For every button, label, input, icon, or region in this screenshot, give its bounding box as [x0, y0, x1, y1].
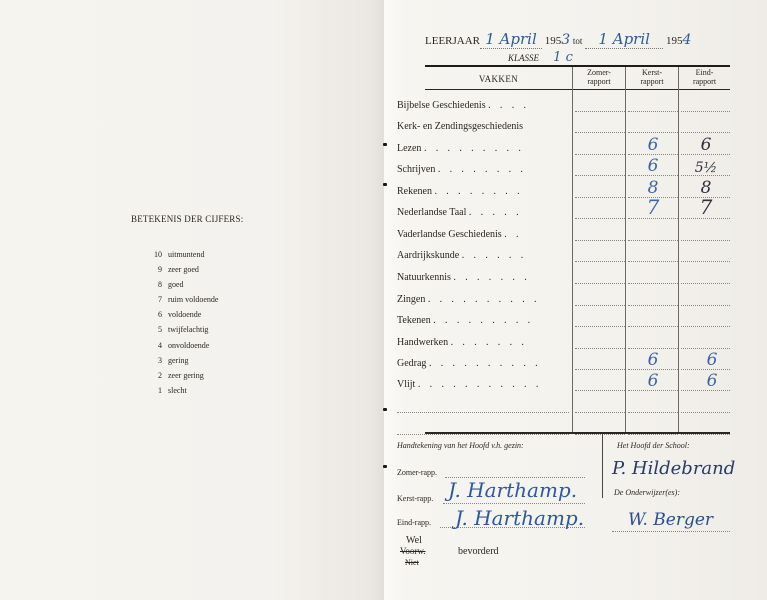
legend-item: 7ruim voldoende	[146, 295, 218, 310]
legend-item: 4onvoldoende	[146, 341, 218, 356]
table-row-blank	[397, 416, 730, 437]
legend-item: 1slecht	[146, 386, 218, 401]
school-year-line: LEERJAAR1 April 1953 tot 1 April 1954	[425, 30, 691, 49]
legend-item: 2zeer gering	[146, 371, 218, 386]
leerjaar-label: LEERJAAR	[425, 35, 480, 47]
grade-eind: 6	[687, 350, 737, 370]
table-header-rule	[425, 89, 730, 90]
column-header-kerst: Kerst-rapport	[626, 68, 678, 86]
table-row-blank	[397, 394, 730, 415]
end-date: 1 April	[585, 30, 663, 49]
grade-kerst: 6	[628, 371, 678, 391]
column-header-zomer: Zomer-rapport	[573, 68, 625, 86]
teacher-signature: W. Berger	[628, 510, 713, 530]
kerst-signature: J. Harthamp.	[448, 478, 577, 502]
legend-item: 5twijfelachtig	[146, 325, 218, 340]
column-header-vakken: VAKKEN	[425, 74, 572, 84]
table-top-rule	[425, 65, 730, 67]
head-signature: P. Hildebrand	[612, 458, 735, 479]
left-page: BETEKENIS DER CIJFERS: 10uitmuntend 9zee…	[0, 0, 384, 600]
table-row: Tekenen . . . . . . . . .	[397, 308, 730, 329]
legend-item: 8goed	[146, 280, 218, 295]
start-date: 1 April	[480, 30, 542, 49]
table-row: Zingen . . . . . . . . . .	[397, 287, 730, 308]
staple	[383, 408, 387, 411]
table-row: Schrijven . . . . . . . . 6 5½	[397, 157, 730, 178]
kerst-signature-line	[443, 503, 585, 504]
grade-kerst: 6	[628, 350, 678, 370]
start-year-digit: 3	[561, 32, 570, 48]
table-row: Aardrijkskunde . . . . . .	[397, 243, 730, 264]
table-row: Handwerken . . . . . . .	[397, 330, 730, 351]
legend-item: 10uitmuntend	[146, 250, 218, 265]
promotion-voorw: Voorw.	[400, 546, 426, 556]
teacher-signature-line	[612, 531, 730, 532]
table-row: Gedrag . . . . . . . . . . 6 6	[397, 351, 730, 372]
grade-kerst: 6	[628, 156, 678, 176]
legend-title: BETEKENIS DER CIJFERS:	[131, 214, 243, 224]
signature-divider	[602, 434, 603, 498]
table-row: Vlijt . . . . . . . . . . . 6 6	[397, 372, 730, 393]
promotion-niet: Niet	[405, 558, 419, 567]
legend-item: 9zeer goed	[146, 265, 218, 280]
legend-item: 6voldoende	[146, 310, 218, 325]
end-year-digit: 4	[682, 32, 691, 48]
table-row: Nederlandse Taal . . . . . 7 7	[397, 200, 730, 221]
class-line: KLASSE1 c	[508, 50, 587, 66]
parent-signature-heading: Handtekening van het Hoofd v.h. gezin:	[397, 441, 524, 450]
promotion-wel: Wel	[406, 535, 422, 546]
table-row: Natuurkennis . . . . . . .	[397, 265, 730, 286]
grade-eind: 6	[681, 135, 731, 155]
teacher-signature-heading: De Onderwijzer(es):	[614, 488, 680, 497]
grade-legend: 10uitmuntend 9zeer goed 8goed 7ruim vold…	[146, 250, 218, 401]
promotion-bevorderd: bevorderd	[458, 546, 499, 557]
staple	[383, 183, 387, 186]
legend-item: 3gering	[146, 356, 218, 371]
table-row: Kerk- en Zendingsgeschiedenis	[397, 114, 730, 135]
staple	[383, 143, 387, 146]
staple	[383, 465, 387, 468]
eind-rapp-label: Eind-rapp.	[397, 518, 431, 527]
eind-signature: J. Harthamp.	[455, 506, 584, 530]
table-row: Lezen . . . . . . . . . 6 6	[397, 136, 730, 157]
zomer-rapp-label: Zomer-rapp.	[397, 468, 437, 477]
grade-kerst: 6	[628, 135, 678, 155]
column-header-eind: Eind-rapport	[679, 68, 730, 86]
grade-eind: 7	[681, 195, 731, 219]
kerst-rapp-label: Kerst-rapp.	[397, 494, 433, 503]
grade-eind: 6	[687, 371, 737, 391]
table-row: Bijbelse Geschiedenis . . . .	[397, 93, 730, 114]
grade-kerst: 7	[628, 195, 678, 219]
grade-eind: 5½	[681, 160, 731, 176]
class-value: 1 c	[539, 50, 587, 66]
table-row: Vaderlandse Geschiedenis . .	[397, 222, 730, 243]
head-signature-heading: Het Hoofd der School:	[617, 441, 690, 450]
